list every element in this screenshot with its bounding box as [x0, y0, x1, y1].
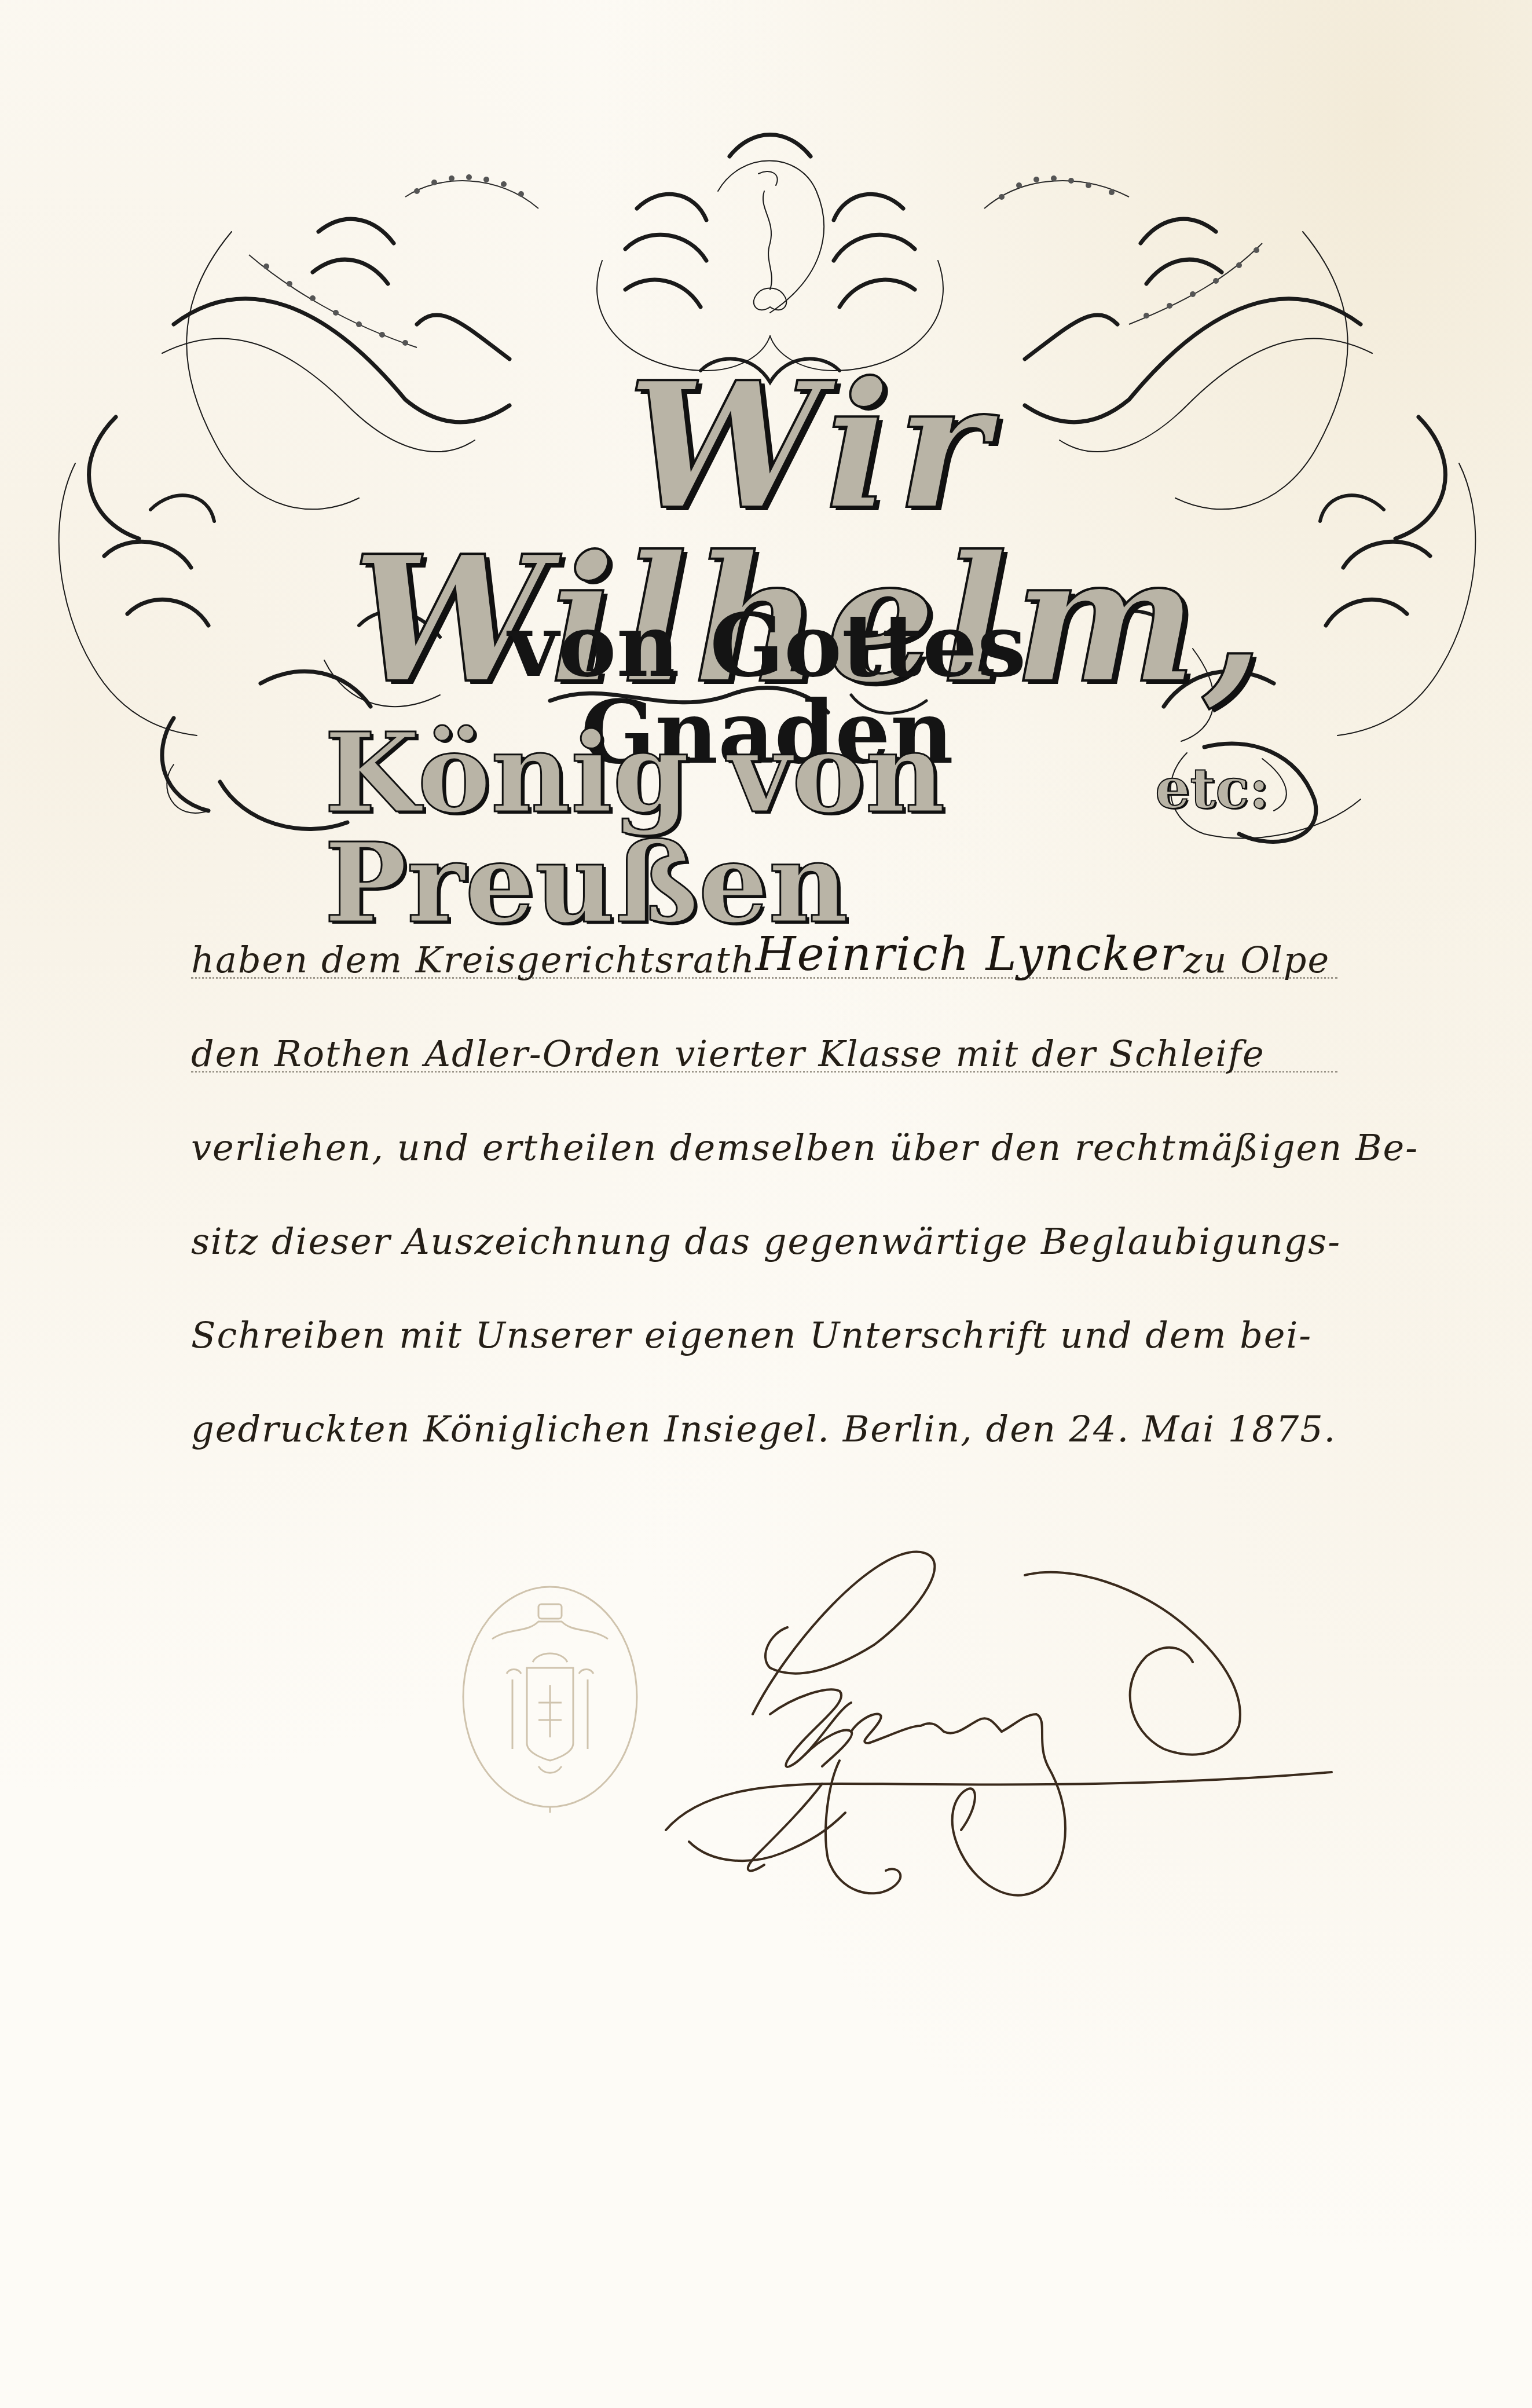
body-line-text: Schreiben mit Unserer eigenen Unterschri…	[191, 1314, 1312, 1361]
body-line-6: gedruckten Königlichen Insiegel. Berlin,…	[191, 1361, 1337, 1455]
signature-wilhelm	[654, 1540, 1337, 1946]
embossed-seal-icon	[457, 1581, 643, 1813]
body-line-text: haben dem Kreisgerichtsrath	[191, 939, 756, 986]
body-line-5: Schreiben mit Unserer eigenen Unterschri…	[191, 1267, 1337, 1361]
body-line-1: haben dem Kreisgerichtsrath Heinrich Lyn…	[191, 892, 1337, 986]
body-line-4: sitz dieser Auszeichnung das gegenwärtig…	[191, 1173, 1337, 1267]
body-line-text: sitz dieser Auszeichnung das gegenwärtig…	[191, 1220, 1341, 1267]
body-line-2: den Rothen Adler-Orden vierter Klasse mi…	[191, 986, 1337, 1079]
heading-etc: etc:	[1155, 762, 1269, 817]
handwritten-body: haben dem Kreisgerichtsrath Heinrich Lyn…	[191, 892, 1337, 1455]
body-line-text: den Rothen Adler-Orden vierter Klasse mi…	[191, 1033, 1265, 1079]
body-line-3: verliehen, und ertheilen demselben über …	[191, 1079, 1337, 1173]
recipient-name: Heinrich Lyncker	[756, 927, 1183, 986]
body-line-text: gedruckten Königlichen Insiegel. Berlin,…	[191, 1408, 1336, 1455]
body-line-text: verliehen, und ertheilen demselben über …	[191, 1126, 1419, 1173]
body-line-text-after: zu Olpe	[1183, 939, 1330, 986]
